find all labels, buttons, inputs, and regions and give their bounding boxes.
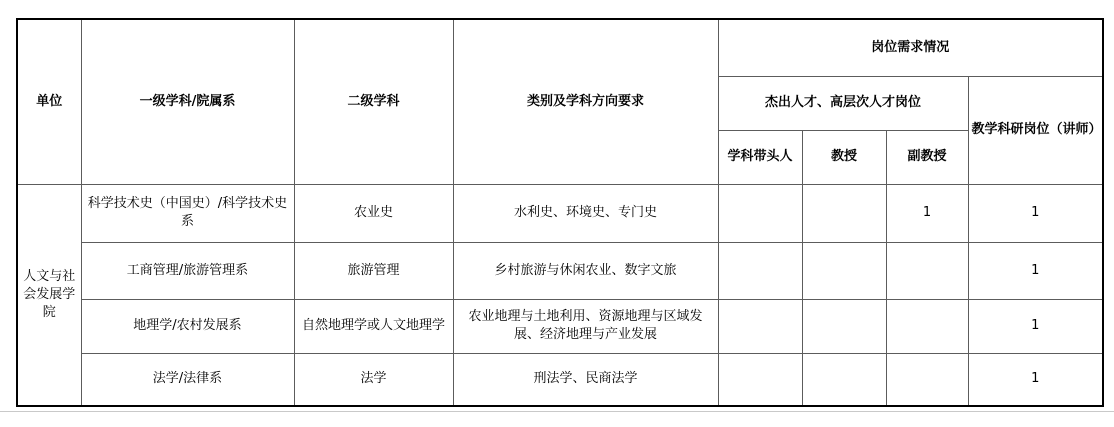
- header-category: 类别及学科方向要求: [453, 19, 718, 184]
- table-container: 单位 一级学科/院属系 二级学科 类别及学科方向要求 岗位需求情况 杰出人才、高…: [16, 18, 1104, 407]
- cell-category: 水利史、环境史、专门史: [453, 184, 718, 242]
- unit-name-cell: 人文与社会发展学院: [17, 184, 81, 406]
- header-second-level: 二级学科: [294, 19, 453, 184]
- cell-second-level: 农业史: [294, 184, 453, 242]
- cell-professor-count: [802, 353, 886, 406]
- cell-professor-count: [802, 242, 886, 299]
- table-row: 人文与社会发展学院 科学技术史（中国史）/科学技术史系 农业史 水利史、环境史、…: [17, 184, 1103, 242]
- page: 单位 一级学科/院属系 二级学科 类别及学科方向要求 岗位需求情况 杰出人才、高…: [0, 0, 1114, 427]
- cell-leader-count: [718, 184, 802, 242]
- recruitment-table: 单位 一级学科/院属系 二级学科 类别及学科方向要求 岗位需求情况 杰出人才、高…: [16, 18, 1104, 407]
- cell-category: 刑法学、民商法学: [453, 353, 718, 406]
- cell-second-level: 法学: [294, 353, 453, 406]
- table-row: 法学/法律系 法学 刑法学、民商法学 1: [17, 353, 1103, 406]
- cell-category: 乡村旅游与休闲农业、数字文旅: [453, 242, 718, 299]
- cell-second-level: 自然地理学或人文地理学: [294, 299, 453, 353]
- cell-lecturer-count: 1: [968, 184, 1103, 242]
- table-row: 地理学/农村发展系 自然地理学或人文地理学 农业地理与土地利用、资源地理与区域发…: [17, 299, 1103, 353]
- header-leader: 学科带头人: [718, 130, 802, 184]
- cell-assoc-professor-count: [886, 242, 968, 299]
- cell-first-level: 工商管理/旅游管理系: [81, 242, 294, 299]
- cell-second-level: 旅游管理: [294, 242, 453, 299]
- header-demand-group: 岗位需求情况: [718, 19, 1103, 76]
- cell-first-level: 地理学/农村发展系: [81, 299, 294, 353]
- cell-category: 农业地理与土地利用、资源地理与区域发展、经济地理与产业发展: [453, 299, 718, 353]
- header-unit: 单位: [17, 19, 81, 184]
- cell-leader-count: [718, 353, 802, 406]
- header-lecturer: 教学科研岗位（讲师）: [968, 76, 1103, 184]
- header-row-1: 单位 一级学科/院属系 二级学科 类别及学科方向要求 岗位需求情况: [17, 19, 1103, 76]
- cell-assoc-professor-count: [886, 299, 968, 353]
- cell-first-level: 法学/法律系: [81, 353, 294, 406]
- cell-assoc-professor-count: 1: [886, 184, 968, 242]
- cell-professor-count: [802, 184, 886, 242]
- header-assoc-professor: 副教授: [886, 130, 968, 184]
- cell-leader-count: [718, 299, 802, 353]
- header-first-level: 一级学科/院属系: [81, 19, 294, 184]
- table-row: 工商管理/旅游管理系 旅游管理 乡村旅游与休闲农业、数字文旅 1: [17, 242, 1103, 299]
- cell-professor-count: [802, 299, 886, 353]
- cell-assoc-professor-count: [886, 353, 968, 406]
- header-professor: 教授: [802, 130, 886, 184]
- cell-lecturer-count: 1: [968, 242, 1103, 299]
- cell-leader-count: [718, 242, 802, 299]
- cell-lecturer-count: 1: [968, 353, 1103, 406]
- cell-lecturer-count: 1: [968, 299, 1103, 353]
- page-bottom-rule: [0, 411, 1114, 412]
- cell-first-level: 科学技术史（中国史）/科学技术史系: [81, 184, 294, 242]
- header-talent-group: 杰出人才、高层次人才岗位: [718, 76, 968, 130]
